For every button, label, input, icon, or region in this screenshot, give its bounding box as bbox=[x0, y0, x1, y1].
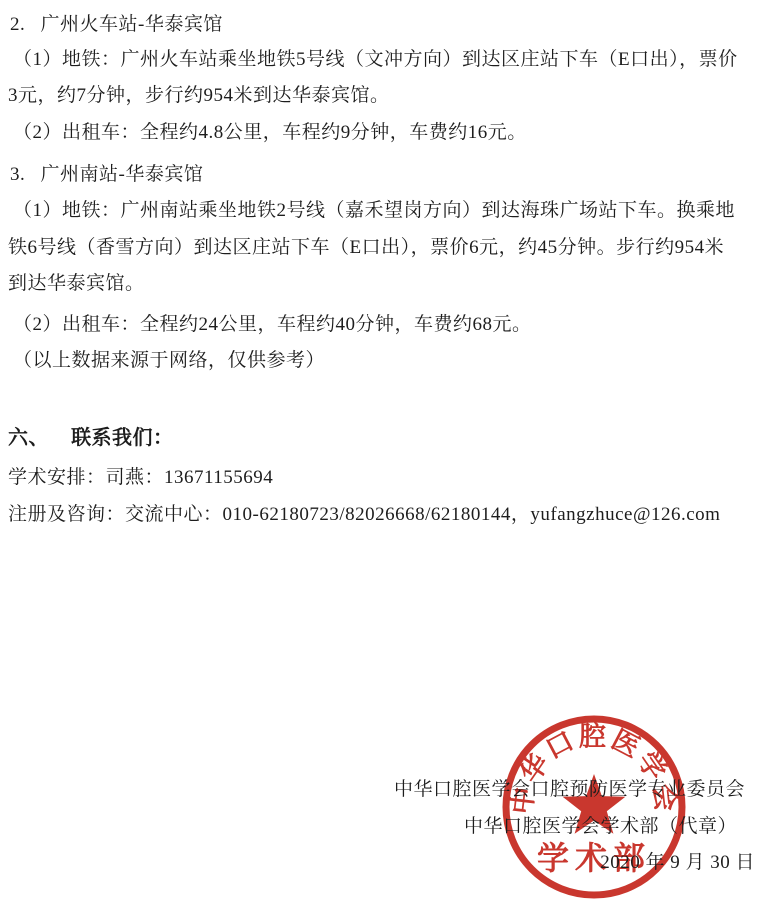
contact-section-title: 联系我们： bbox=[71, 427, 174, 450]
route-2-taxi-line: （2）出租车：全程约4.8公里，车程约9分钟，车费约16元。 bbox=[13, 121, 527, 144]
route-2-metro-line-2: 3元，约7分钟，步行约954米到达华泰宾馆。 bbox=[8, 84, 390, 107]
contact-section-number: 六、 bbox=[8, 427, 49, 450]
route-3-metro-line-1: （1）地铁：广州南站乘坐地铁2号线（嘉禾望岗方向）到达海珠广场站下车。换乘地 bbox=[13, 199, 735, 222]
signature-org-line-1: 中华口腔医学会口腔预防医学专业委员会 bbox=[394, 778, 745, 801]
contact-section-heading: 六、 联系我们： bbox=[8, 427, 174, 450]
contact-academic-line: 学术安排：司燕：13671155694 bbox=[8, 466, 273, 489]
route-2-metro-line-1: （1）地铁：广州火车站乘坐地铁5号线（文冲方向）到达区庄站下车（E口出），票价 bbox=[13, 48, 738, 71]
document-page: 2. 广州火车站-华泰宾馆 （1）地铁：广州火车站乘坐地铁5号线（文冲方向）到达… bbox=[0, 0, 768, 920]
route-3-metro-line-2: 铁6号线（香雪方向）到达区庄站下车（E口出），票价6元，约45分钟。步行约954… bbox=[8, 236, 724, 259]
official-seal: 中华口腔医学会 学术部 bbox=[494, 707, 694, 907]
contact-registration-line: 注册及咨询：交流中心：010-62180723/82026668/6218014… bbox=[8, 503, 720, 526]
signature-org-line-2: 中华口腔医学会学术部（代章） bbox=[464, 815, 737, 838]
route-2-title: 广州火车站-华泰宾馆 bbox=[41, 13, 223, 36]
route-2-number: 2. bbox=[10, 13, 25, 36]
route-3-taxi-line: （2）出租车：全程约24公里，车程约40分钟，车费约68元。 bbox=[13, 313, 532, 336]
route-3-heading: 3. 广州南站-华泰宾馆 bbox=[10, 163, 203, 186]
route-3-number: 3. bbox=[10, 163, 25, 186]
data-source-disclaimer: （以上数据来源于网络，仅供参考） bbox=[13, 349, 325, 372]
signature-date: 2020 年 9 月 30 日 bbox=[600, 851, 755, 874]
route-3-title: 广州南站-华泰宾馆 bbox=[41, 163, 204, 186]
route-2-heading: 2. 广州火车站-华泰宾馆 bbox=[10, 13, 223, 36]
route-3-metro-line-3: 到达华泰宾馆。 bbox=[8, 272, 145, 295]
